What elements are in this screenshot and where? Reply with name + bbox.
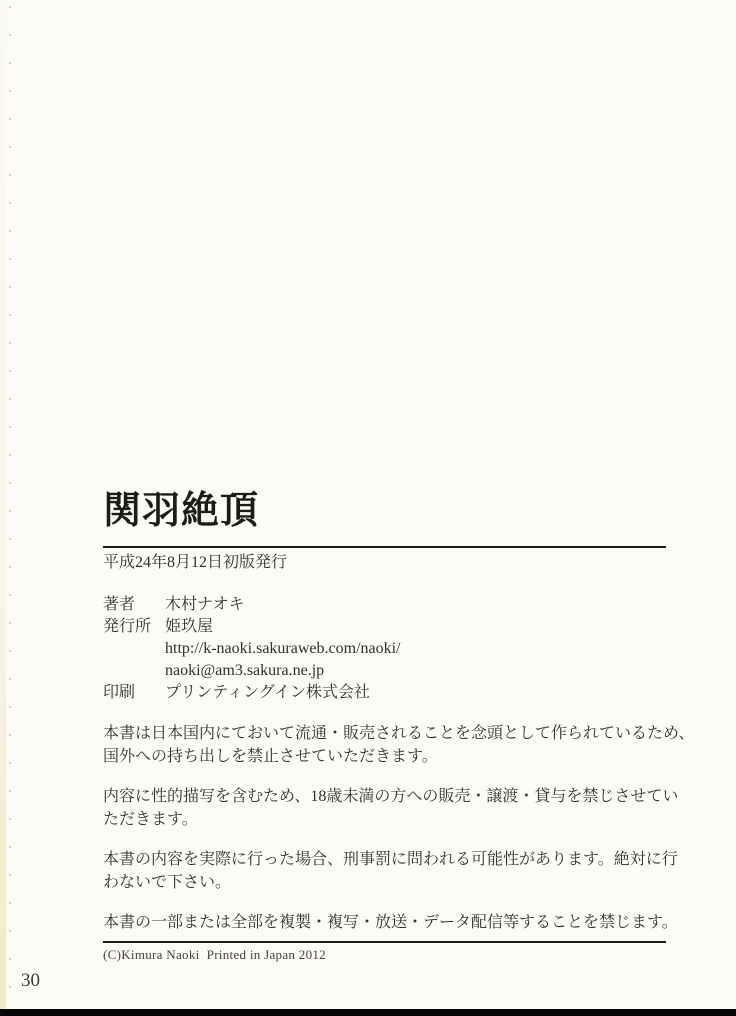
scan-speckle-dots [9,6,11,1016]
credit-value-author: 木村ナオキ [165,594,245,616]
notice-reproduction-prohibited: 本書の一部または全部を複製・複写・放送・データ配信等することを禁じます。 [103,911,678,934]
website-url: http://k-naoki.sakuraweb.com/naoki/ [165,638,401,660]
credit-label-website [103,638,165,660]
notice-criminal-warning: 本書の内容を実際に行った場合、刑事罰に問われる可能性があります。絶対に行 わない… [103,848,678,894]
credit-row-printer: 印刷 プリンティングイン株式会社 [103,682,401,704]
credit-row-author: 著者 木村ナオキ [103,594,401,616]
credit-label-printer: 印刷 [103,682,165,704]
credit-label-email [103,660,165,682]
copyright-line: (C)Kimura Naoki Printed in Japan 2012 [103,947,326,963]
credit-label-author: 著者 [103,594,165,616]
notice-adult-content: 内容に性的描写を含むため、18歳未満の方への販売・譲渡・貸与を禁じさせてい ただ… [103,785,678,831]
page-number: 30 [21,970,40,992]
book-title: 関羽絶頂 [103,492,259,530]
notice-domestic-distribution: 本書は日本国内にておいて流通・販売されることを念頭として作られているため、 国外… [103,722,694,768]
credit-value-publisher: 姫玖屋 [165,616,213,638]
scan-bottom-edge-artifact [0,1009,736,1016]
credit-label-publisher: 発行所 [103,616,165,638]
title-divider-rule [103,546,666,548]
copyright-divider-rule [103,941,666,943]
credit-value-printer: プリンティングイン株式会社 [165,682,370,704]
credit-row-website: http://k-naoki.sakuraweb.com/naoki/ [103,638,401,660]
edition-date-line: 平成24年8月12日初版発行 [103,553,287,573]
credit-row-publisher: 発行所 姫玖屋 [103,616,401,638]
email-address: naoki@am3.sakura.ne.jp [165,660,324,682]
credits-block: 著者 木村ナオキ 発行所 姫玖屋 http://k-naoki.sakurawe… [103,594,401,704]
scanned-colophon-page: 関羽絶頂 平成24年8月12日初版発行 著者 木村ナオキ 発行所 姫玖屋 htt… [0,0,736,1016]
credit-row-email: naoki@am3.sakura.ne.jp [103,660,401,682]
scan-left-edge-artifact [0,0,6,1016]
